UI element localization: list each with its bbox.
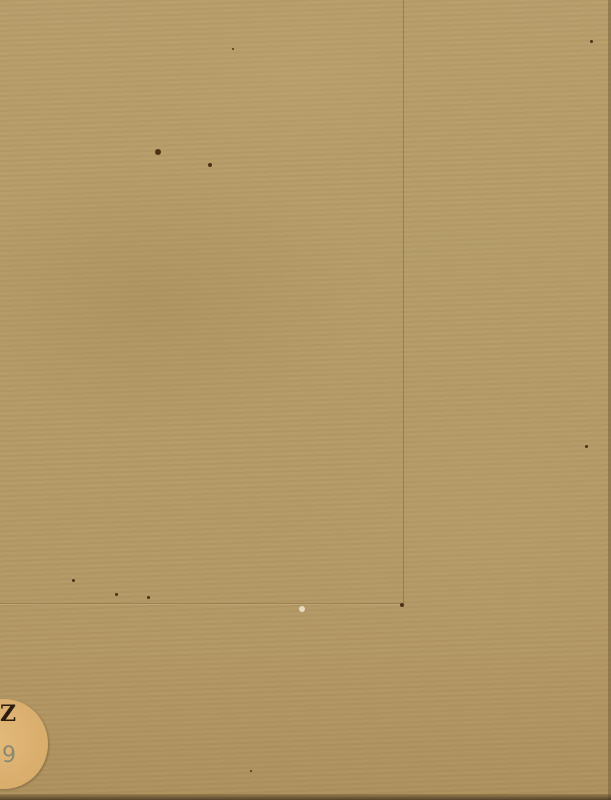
paper-speck bbox=[590, 40, 593, 43]
vertical-fold-line bbox=[403, 0, 404, 603]
paper-speck-light bbox=[299, 606, 305, 612]
paper-speck bbox=[208, 163, 212, 167]
paper-speck bbox=[147, 596, 150, 599]
paper-speck bbox=[72, 579, 75, 582]
label-number: 9 bbox=[2, 745, 16, 767]
paper-speck bbox=[232, 48, 234, 50]
paper-speck bbox=[115, 593, 118, 596]
paper-speck bbox=[250, 770, 252, 772]
paper-speck bbox=[155, 149, 161, 155]
label-letter: Z bbox=[0, 703, 16, 725]
paper-speck bbox=[400, 603, 404, 607]
bottom-page-edge bbox=[0, 794, 611, 800]
paper-speck bbox=[585, 445, 588, 448]
horizontal-fold-highlight bbox=[0, 604, 404, 605]
document-cover: Z 9 bbox=[0, 0, 611, 800]
